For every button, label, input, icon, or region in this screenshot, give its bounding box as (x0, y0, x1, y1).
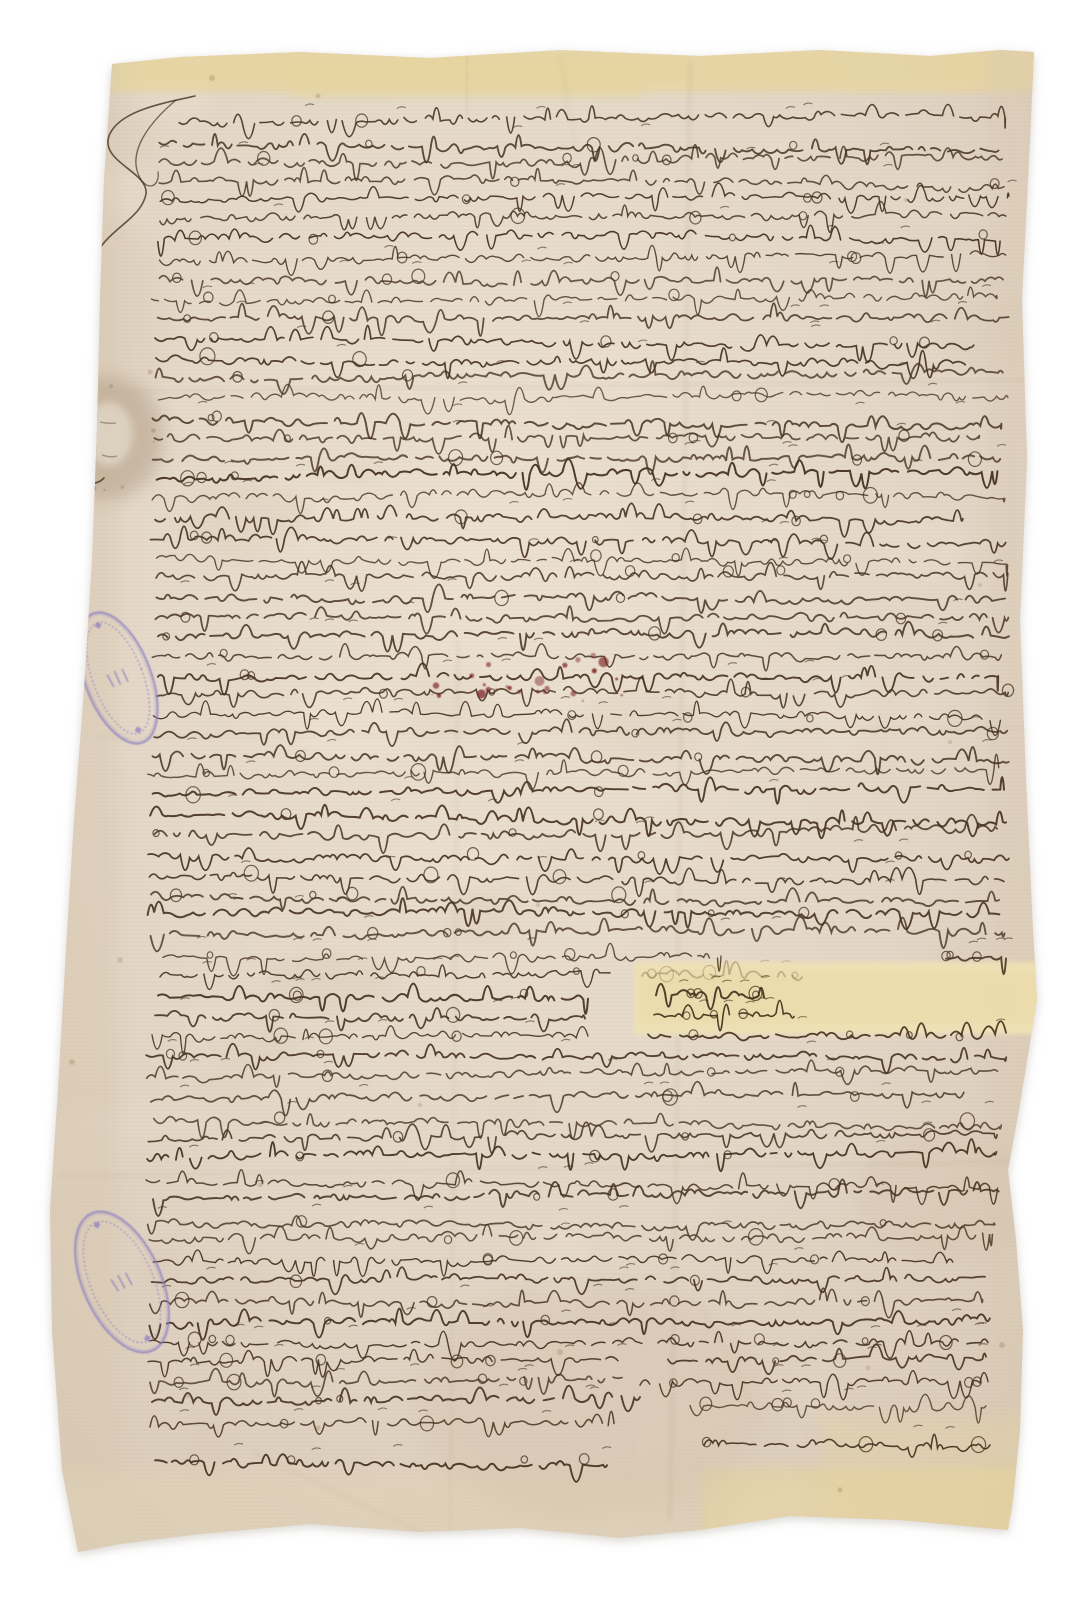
manuscript-photo (0, 0, 1068, 1600)
manuscript-scene (0, 0, 1068, 1600)
wax-seal-stain (50, 376, 164, 500)
